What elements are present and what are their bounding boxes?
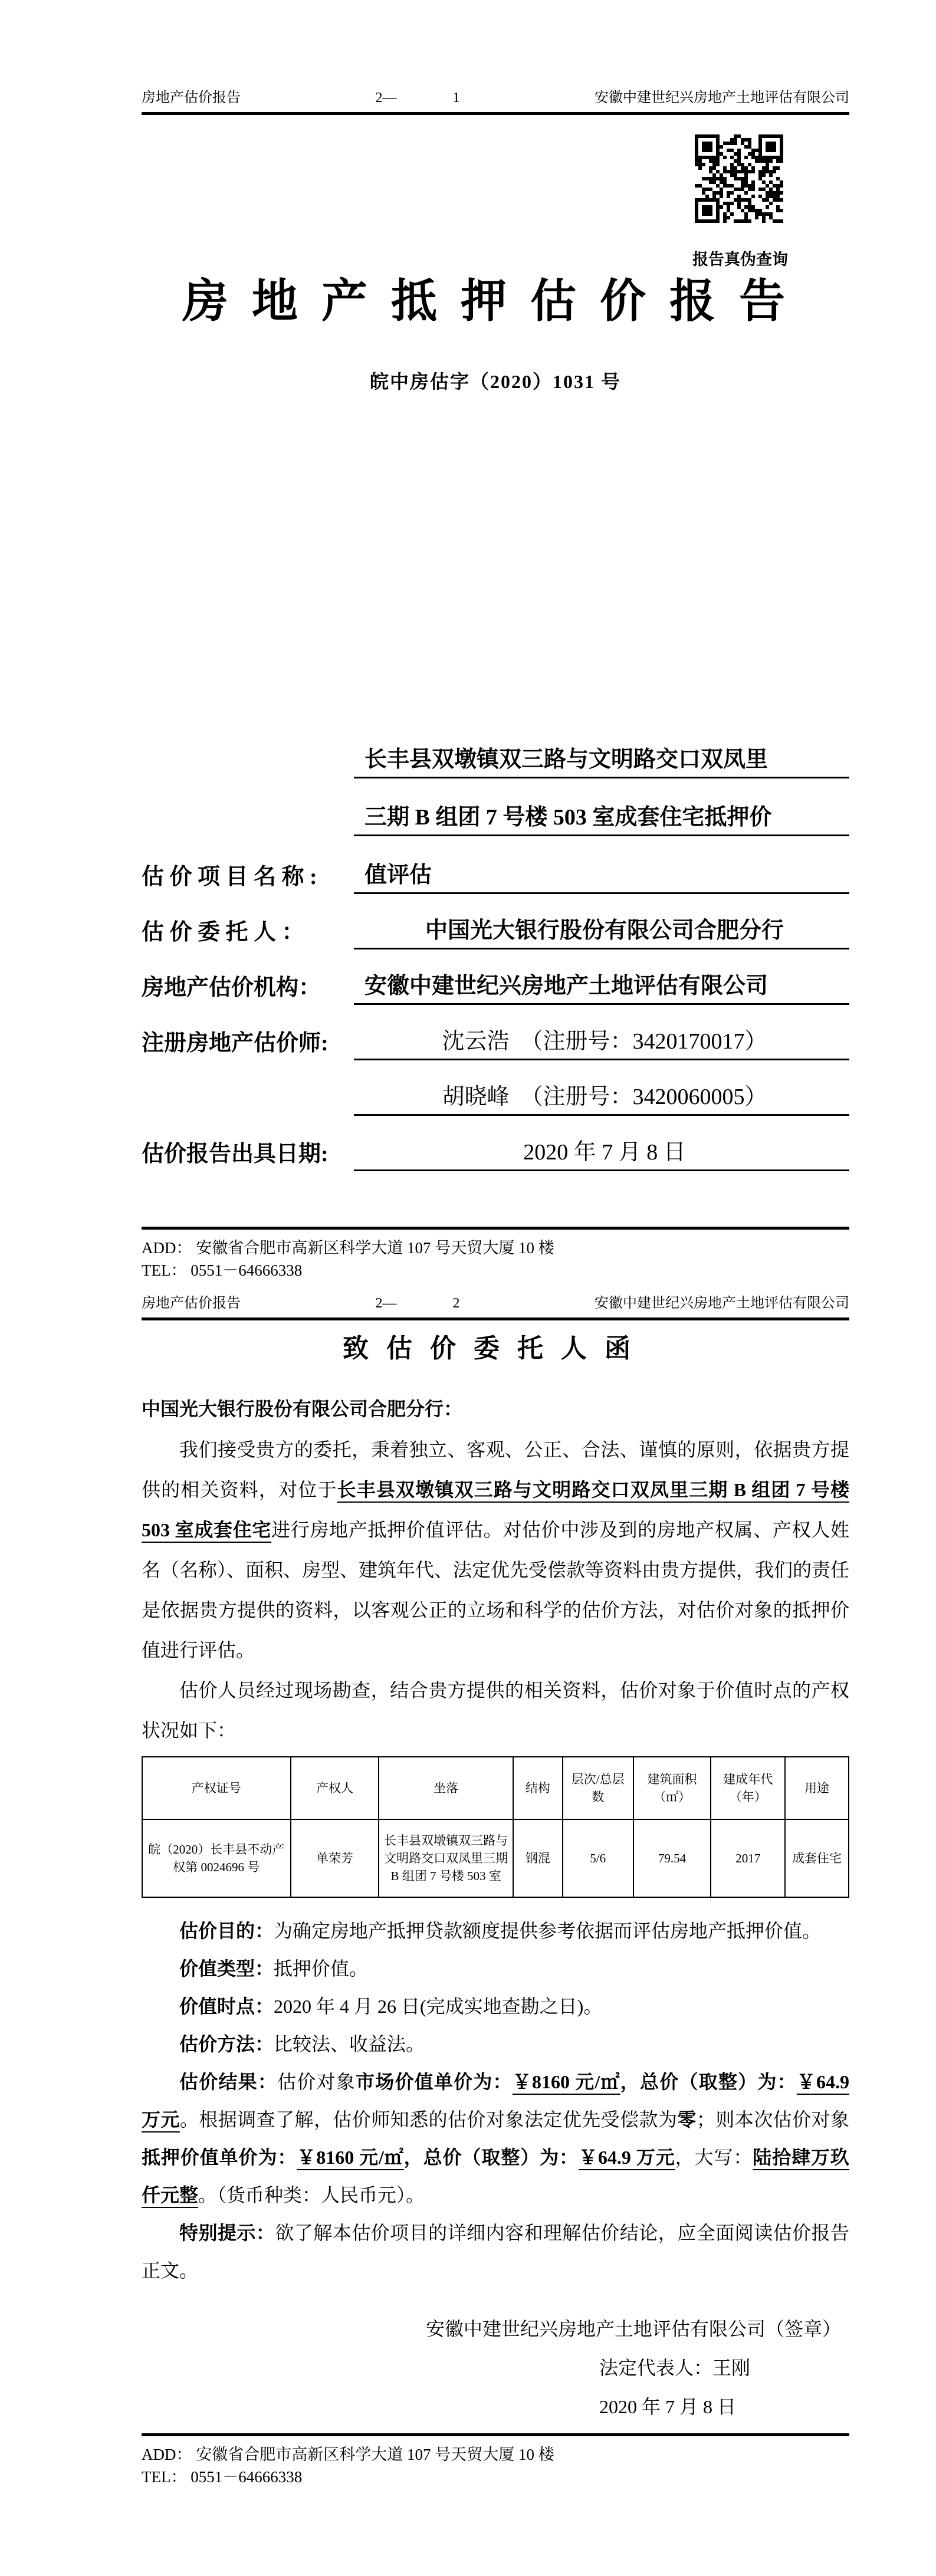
- signature-legal-rep: 法定代表人：王刚: [142, 2348, 750, 2387]
- text-segment: 2020 年 4 月 26 日(完成实地查勘之日)。: [274, 1996, 602, 2017]
- page-number-group: 2— 1: [241, 88, 595, 107]
- field-value-line: 三期 B 组团 7 号楼 503 室成套住宅抵押价: [354, 799, 849, 836]
- text-segment: ￥8160 元/㎡: [513, 2071, 620, 2092]
- page-number: 1: [453, 88, 460, 107]
- text-segment: 为确定房地产抵押贷款额度提供参考依据而评估房地产抵押价值。: [274, 1920, 821, 1941]
- table-cell: 5/6: [563, 1819, 633, 1897]
- footer-phone: TEL： 0551－64666338: [142, 2466, 849, 2488]
- text-segment: 。（货币种类：人民币元）。: [198, 2184, 425, 2206]
- text-segment: 抵押价值。: [274, 1958, 368, 1979]
- table-header-cell: 建筑面积（㎡）: [633, 1757, 711, 1819]
- summary-items: 估价目的：为确定房地产抵押贷款额度提供参考依据而评估房地产抵押价值。 价值类型：…: [142, 1912, 849, 2289]
- item-value-type: 价值类型：抵押价值。: [142, 1950, 849, 1987]
- field-client: 估 价 委 托 人 ： 中国光大银行股份有限公司合肥分行: [142, 912, 849, 949]
- cover-fields: 估 价 项 目 名 称 : 长丰县双墩镇双三路与文明路交口双凤里 三期 B 组团…: [142, 741, 849, 1189]
- letter-title: 致估价委托人函: [142, 1327, 849, 1365]
- text-segment: ；则本次估价对象: [697, 2109, 849, 2130]
- text-segment: 零: [677, 2109, 696, 2130]
- page-number: 2: [453, 1294, 460, 1313]
- table-header-row: 产权证号产权人坐落结构层次/总层数建筑面积（㎡）建成年代（年）用途: [142, 1757, 849, 1819]
- table-header-cell: 产权人: [291, 1757, 379, 1819]
- table-cell: 2017: [711, 1819, 785, 1897]
- page-count-mark: 2—: [376, 88, 397, 107]
- table-cell: 79.54: [633, 1819, 711, 1897]
- page-number-group: 2— 2: [241, 1294, 595, 1313]
- running-header-row: 房地产估价报告 2— 1 安徽中建世纪兴房地产土地评估有限公司: [142, 88, 849, 107]
- item-value-date: 价值时点：2020 年 4 月 26 日(完成实地查勘之日)。: [142, 1987, 849, 2025]
- appraisal-report-scan: 房地产估价报告 2— 1 安徽中建世纪兴房地产土地评估有限公司 报告真伪查询 房…: [0, 0, 936, 2576]
- field-appraiser-2: 胡晓峰 （注册号：3420060005）: [142, 1078, 849, 1116]
- field-value-line: 长丰县双墩镇双三路与文明路交口双凤里: [354, 741, 849, 778]
- item-purpose: 估价目的：为确定房地产抵押贷款额度提供参考依据而评估房地产抵押价值。: [142, 1912, 849, 1950]
- text-segment: 。根据调查了解，估价师知悉的估价对象法定优先受偿款为: [180, 2109, 678, 2130]
- field-label: 房地产估价机构：: [142, 969, 354, 1005]
- header-doc-type: 房地产估价报告: [142, 88, 241, 107]
- letter-paragraph-1: 我们接受贵方的委托，秉着独立、客观、公正、合法、谨慎的原则，依据贵方提供的相关资…: [142, 1430, 849, 1670]
- text-segment: 估价目的：: [179, 1920, 274, 1941]
- field-value: 沈云浩 （注册号：3420170017）: [354, 1023, 849, 1060]
- footer-rule: [142, 1227, 849, 1230]
- salutation: 中国光大银行股份有限公司合肥分行：: [142, 1394, 849, 1421]
- footer-address: ADD： 安徽省合肥市高新区科学大道 107 号天贸大厦 10 楼: [142, 2443, 849, 2466]
- field-label: [142, 1112, 354, 1116]
- text-segment: 价值类型：: [179, 1958, 274, 1979]
- qr-code: [695, 134, 783, 223]
- table-header-cell: 结构: [513, 1757, 563, 1819]
- text-segment: 总价（取整）为：: [423, 2147, 579, 2168]
- text-segment: 估价结果：: [179, 2071, 277, 2092]
- header-rule: [142, 112, 849, 115]
- footer-phone: TEL： 0551－64666338: [142, 1259, 849, 1282]
- qr-code-image: [695, 134, 783, 223]
- table-header-cell: 建成年代（年）: [711, 1757, 785, 1819]
- text-segment: ￥64.9 万元: [579, 2147, 675, 2168]
- text-segment: 估价对象: [277, 2071, 356, 2092]
- document-number: 皖中房估字（2020）1031 号: [142, 367, 849, 394]
- field-value: 2020 年 7 月 8 日: [354, 1133, 849, 1171]
- field-value: 胡晓峰 （注册号：3420060005）: [354, 1078, 849, 1116]
- header-doc-type: 房地产估价报告: [142, 1294, 241, 1313]
- table-cell: 钢混: [513, 1819, 563, 1897]
- table-header-cell: 坐落: [379, 1757, 513, 1819]
- text-segment: 总价（取整）为：: [640, 2071, 797, 2092]
- page1-running-header: 房地产估价报告 2— 1 安徽中建世纪兴房地产土地评估有限公司: [142, 88, 849, 115]
- signature-block: 安徽中建世纪兴房地产土地评估有限公司（签章） 法定代表人：王刚 2020 年 7…: [142, 2309, 849, 2426]
- header-company-name: 安徽中建世纪兴房地产土地评估有限公司: [595, 88, 849, 107]
- signature-date: 2020 年 7 月 8 日: [142, 2387, 736, 2426]
- text-segment: 市场价值单价为：: [356, 2071, 513, 2092]
- text-segment: ，: [620, 2071, 640, 2092]
- item-method: 估价方法：比较法、收益法。: [142, 2025, 849, 2063]
- item-special-note: 特别提示：欲了解本估价项目的详细内容和理解估价结论，应全面阅读估价报告正文。: [142, 2214, 849, 2289]
- letter-paragraph-2: 估价人员经过现场勘查，结合贵方提供的相关资料，估价对象于价值时点的产权状况如下：: [142, 1670, 849, 1750]
- field-label: 估价报告出具日期:: [142, 1135, 354, 1171]
- table-cell: 皖（2020）长丰县不动产权第 0024696 号: [142, 1819, 291, 1897]
- field-label: 注册房地产估价师:: [142, 1024, 354, 1060]
- running-header-row: 房地产估价报告 2— 2 安徽中建世纪兴房地产土地评估有限公司: [142, 1294, 849, 1313]
- page2-running-header: 房地产估价报告 2— 2 安徽中建世纪兴房地产土地评估有限公司: [142, 1294, 849, 1320]
- table-cell: 单荣芳: [291, 1819, 379, 1897]
- item-result: 估价结果：估价对象市场价值单价为：￥8160 元/㎡，总价（取整）为：￥64.9…: [142, 2063, 849, 2214]
- field-value: 中国光大银行股份有限公司合肥分行: [354, 912, 849, 949]
- text-segment: ￥8160 元/㎡: [297, 2147, 403, 2168]
- text-segment: 估价方法：: [179, 2033, 274, 2055]
- text-segment: ，大写：: [675, 2147, 753, 2168]
- table-header-cell: 产权证号: [142, 1757, 291, 1819]
- field-label: 估 价 委 托 人 ：: [142, 914, 354, 949]
- document-title: 房地产抵押估价报告: [142, 264, 849, 330]
- text-segment: ，: [404, 2147, 423, 2168]
- signature-company: 安徽中建世纪兴房地产土地评估有限公司（签章）: [142, 2309, 841, 2348]
- letter-to-client: 致估价委托人函 中国光大银行股份有限公司合肥分行： 我们接受贵方的委托，秉着独立…: [142, 1327, 849, 2426]
- table-header-cell: 用途: [785, 1757, 849, 1819]
- field-value-lines: 长丰县双墩镇双三路与文明路交口双凤里 三期 B 组团 7 号楼 503 室成套住…: [354, 741, 849, 894]
- property-table: 产权证号产权人坐落结构层次/总层数建筑面积（㎡）建成年代（年）用途 皖（2020…: [142, 1756, 849, 1898]
- header-company-name: 安徽中建世纪兴房地产土地评估有限公司: [595, 1294, 849, 1313]
- field-value-line: 值评估: [354, 856, 849, 894]
- page1-footer: ADD： 安徽省合肥市高新区科学大道 107 号天贸大厦 10 楼 TEL： 0…: [142, 1227, 849, 1282]
- table-cell: 成套住宅: [785, 1819, 849, 1897]
- text-segment: 价值时点：: [179, 1996, 274, 2017]
- table-cell: 长丰县双墩镇双三路与文明路交口双凤里三期 B 组团 7 号楼 503 室: [379, 1819, 513, 1897]
- page2-footer: ADD： 安徽省合肥市高新区科学大道 107 号天贸大厦 10 楼 TEL： 0…: [142, 2433, 849, 2488]
- field-project-name: 估 价 项 目 名 称 : 长丰县双墩镇双三路与文明路交口双凤里 三期 B 组团…: [142, 741, 849, 894]
- text-segment: 特别提示：: [179, 2222, 275, 2243]
- text-segment: 进行房地产抵押价值评估。对估价中涉及到的房地产权属、产权人姓名（名称）、面积、房…: [142, 1519, 849, 1661]
- field-value: 安徽中建世纪兴房地产土地评估有限公司: [354, 967, 849, 1005]
- page-count-mark: 2—: [376, 1294, 397, 1313]
- field-report-date: 估价报告出具日期: 2020 年 7 月 8 日: [142, 1133, 849, 1171]
- header-rule: [142, 1317, 849, 1320]
- field-label: 估 价 项 目 名 称 :: [142, 858, 354, 894]
- field-agency: 房地产估价机构： 安徽中建世纪兴房地产土地评估有限公司: [142, 967, 849, 1005]
- footer-rule: [142, 2433, 849, 2436]
- field-appraiser-1: 注册房地产估价师: 沈云浩 （注册号：3420170017）: [142, 1023, 849, 1060]
- table-header-cell: 层次/总层数: [563, 1757, 633, 1819]
- footer-address: ADD： 安徽省合肥市高新区科学大道 107 号天贸大厦 10 楼: [142, 1237, 849, 1259]
- table-row: 皖（2020）长丰县不动产权第 0024696 号单荣芳长丰县双墩镇双三路与文明…: [142, 1819, 849, 1897]
- text-segment: 抵押价值单价为：: [142, 2147, 297, 2168]
- text-segment: 比较法、收益法。: [274, 2033, 425, 2055]
